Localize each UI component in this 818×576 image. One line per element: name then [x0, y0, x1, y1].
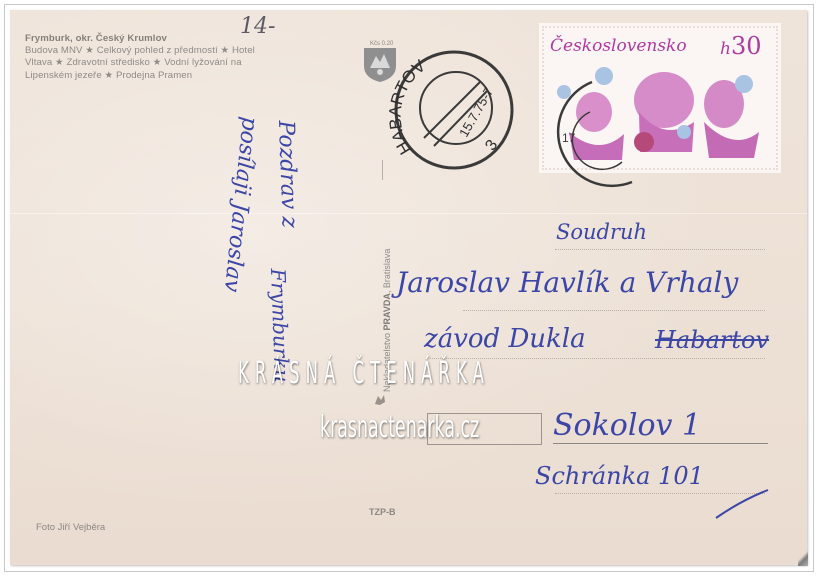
watermark-title: KRÁSNÁ ČTENÁŘKA [238, 356, 733, 391]
publisher-suffix: , Bratislava [382, 249, 392, 294]
print-code: TZP-B [369, 507, 396, 517]
postmark-number: 3 [482, 137, 501, 154]
address-company: závod Dukla [424, 324, 586, 354]
address-struck-town: Habartov [655, 326, 769, 354]
stamp-value-number: 30 [731, 32, 762, 60]
caption-line: Vltava ★ Zdravotní středisko ★ Vodní lyž… [25, 57, 325, 69]
address-pobox: Schránka 101 [535, 462, 704, 490]
printed-caption: Frymburk, okr. Český Krumlov Budova MNV … [25, 33, 325, 82]
pen-stroke-icon [712, 486, 772, 522]
address-recipient: Jaroslav Havlík a Vrhaly [396, 266, 738, 299]
fold-line [10, 213, 807, 214]
caption-line: Budova MNV ★ Celkový pohled z předmostí … [25, 45, 325, 57]
caption-title: Frymburk, okr. Český Krumlov [25, 33, 325, 45]
address-city: Sokolov 1 [553, 408, 701, 443]
watermark-url: krasnactenarka.cz [320, 410, 479, 445]
stamp-country: Československo [550, 36, 687, 56]
publisher-logo-icon [372, 392, 388, 408]
postmark-date: 15.7.75-7 [456, 85, 496, 140]
address-line-rule [555, 249, 765, 250]
address-salutation: Soudruh [556, 220, 647, 244]
caption-line: Lipenském jezeře ★ Prodejna Pramen [25, 70, 325, 82]
message-line: Pozdrav z [273, 120, 302, 228]
svg-text:17: 17 [562, 131, 576, 145]
postmark-habartov-icon: HABARTOV 15.7.75-7 3 [384, 46, 516, 172]
publisher-name: PRAVDA [382, 293, 392, 330]
stamp-value: h30 [720, 32, 762, 60]
stamp-value-prefix: h [720, 39, 731, 59]
postmark-town: HABARTOV [386, 56, 430, 158]
photo-credit: Foto Jiří Vejběra [36, 522, 105, 533]
address-line-rule [463, 310, 765, 311]
postmark-stamp-cancel-icon: 17 [532, 72, 642, 212]
svg-text:HABARTOV: HABARTOV [386, 56, 430, 158]
address-line-rule [553, 443, 768, 444]
handwritten-number: 14- [240, 14, 275, 39]
